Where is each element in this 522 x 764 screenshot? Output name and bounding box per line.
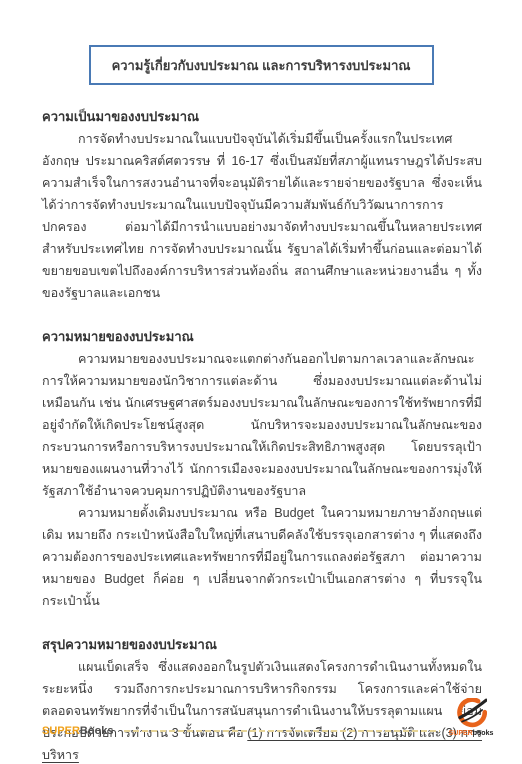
section-budget-summary: สรุปความหมายของงบประมาณ แผนเบ็ดเสร็จ ซึ่… [42,634,482,764]
paragraph: ความหมายของงบประมาณจะแตกต่างกันออกไปตามก… [42,348,482,502]
paragraph: การจัดทำงบประมาณในแบบปัจจุบันได้เริ่มมีข… [42,128,482,304]
logo-text-books: books [473,730,494,737]
paragraph: แผนเบ็ดเสร็จ ซึ่งแสดงออกในรูปตัวเงินแสดง… [42,656,482,764]
section-heading: ความหมายของงบประมาณ [42,326,482,348]
paragraph: ความหมายดั้งเดิมงบประมาณ หรือ Budget ในค… [42,502,482,612]
footer-divider [124,730,440,732]
footer-brand-super: SUPER [42,725,80,737]
logo-text-super: SUPER [449,730,473,737]
footer-brand: SUPERBooks [42,725,114,737]
superbooks-logo: SUPERbooks [448,698,494,738]
title-box: ความรู้เกี่ยวกับงบประมาณ และการบริหารงบป… [89,45,434,85]
superbooks-logo-icon [455,698,487,730]
page-title: ความรู้เกี่ยวกับงบประมาณ และการบริหารงบป… [112,55,411,76]
section-budget-meaning: ความหมายของงบประมาณ ความหมายของงบประมาณจ… [42,326,482,612]
section-budget-history: ความเป็นมาของงบประมาณ การจัดทำงบประมาณใน… [42,106,482,304]
page-footer: SUPERBooks SUPERbooks [42,724,494,738]
superbooks-logo-text: SUPERbooks [449,730,494,738]
section-heading: สรุปความหมายของงบประมาณ [42,634,482,656]
section-heading: ความเป็นมาของงบประมาณ [42,106,482,128]
footer-brand-books: Books [80,725,114,737]
document-content: ความเป็นมาของงบประมาณ การจัดทำงบประมาณใน… [0,85,522,764]
document-page: ความรู้เกี่ยวกับงบประมาณ และการบริหารงบป… [0,0,522,764]
